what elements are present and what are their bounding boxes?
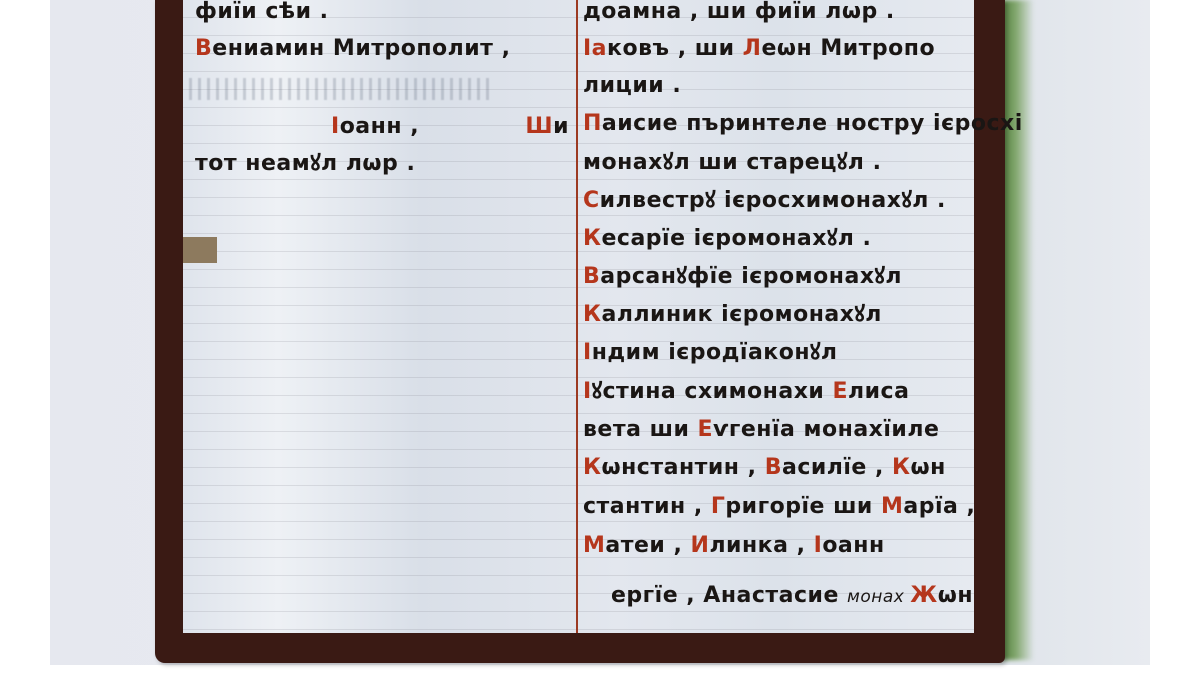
red-initial: К — [583, 455, 601, 480]
red-initial: В — [765, 455, 782, 480]
right-line-14: стантин , Григорїе ши Марїа , — [583, 496, 975, 518]
right-line-8: Варсанꙋфїе ієромонахꙋл — [583, 266, 902, 288]
line-text: ꙋстина схимонахи — [592, 379, 833, 404]
right-line-15: Матеи , Илинка , Іоанн — [583, 535, 885, 557]
red-initial: С — [583, 188, 600, 213]
line-text: ндим ієродїаконꙋл — [592, 340, 838, 365]
right-line-13: Кѡнстантин , Василїе , Кѡн — [583, 457, 946, 479]
line-text: аллиник ієромонахꙋл — [601, 302, 881, 327]
red-initial: В — [195, 36, 212, 61]
line-text: асилїе , — [782, 455, 892, 480]
line-text: монахꙋл ши старецꙋл . — [583, 150, 881, 175]
faded-line — [189, 78, 489, 100]
line-text: ѵгенїа монахїиле — [713, 417, 939, 442]
line-text: ригорїе ши — [725, 494, 881, 519]
painted-panel: фиїи сѣи . Вениамин Митрополит , Іоанн ,… — [183, 0, 974, 633]
line-text: лиса — [848, 379, 909, 404]
line-text: линка , — [709, 533, 813, 558]
line-text: вета ши — [583, 417, 698, 442]
line-text: оанн , — [340, 114, 419, 139]
green-background-edge — [1000, 0, 1034, 660]
red-initial: К — [892, 455, 910, 480]
right-line-11: Іꙋстина схимонахи Елиса — [583, 381, 909, 403]
right-line-6: Силвестрꙋ ієросхимонахꙋл . — [583, 190, 946, 212]
right-line-10: Індим ієродїаконꙋл — [583, 342, 838, 364]
right-line-16: ергїе , Анастасие монах Жѡн — [611, 585, 973, 607]
red-initial: Е — [698, 417, 714, 442]
right-line-9: Каллиник ієромонахꙋл — [583, 304, 882, 326]
right-line-2: Іаковъ , ши Леѡн Митропо — [583, 38, 935, 60]
red-initial: І — [814, 533, 823, 558]
line-text: ковъ , ши — [607, 36, 743, 61]
line-text: ѡнстантин , — [601, 455, 764, 480]
line-text: аисие пъринтеле ностру ієросхі — [602, 111, 1023, 136]
red-initial: Ш — [525, 114, 553, 139]
red-initial: Г — [711, 494, 726, 519]
column-divider — [576, 0, 578, 633]
left-line-1: фиїи сѣи . — [195, 1, 329, 23]
red-initial: І — [583, 379, 592, 404]
right-line-4: Паисие пъринтеле ностру ієросхі — [583, 113, 1023, 135]
line-text: доамна , ши фиїи лѡр . — [583, 0, 895, 24]
line-text: тот неамꙋл лѡр . — [195, 151, 415, 176]
red-initial: М — [583, 533, 605, 558]
line-text: фиїи сѣи . — [195, 0, 329, 24]
right-line-5: монахꙋл ши старецꙋл . — [583, 152, 881, 174]
red-initial: Л — [743, 36, 762, 61]
red-initial: П — [583, 111, 602, 136]
line-text: есарїе ієромонахꙋл . — [601, 226, 871, 251]
red-initial: К — [583, 302, 601, 327]
red-initial: І — [583, 340, 592, 365]
red-initial: И — [691, 533, 710, 558]
red-initial: Іа — [583, 36, 607, 61]
red-initial: Е — [832, 379, 848, 404]
left-line-5: тот неамꙋл лѡр . — [195, 153, 415, 175]
line-text: еѡн Митропо — [761, 36, 935, 61]
line-text: илвестрꙋ ієросхимонахꙋл . — [600, 188, 946, 213]
line-text: оанн — [822, 533, 884, 558]
right-line-1: доамна , ши фиїи лѡр . — [583, 1, 895, 23]
right-line-12: вета ши Еѵгенїа монахїиле — [583, 419, 939, 441]
left-line-2: Вениамин Митрополит , — [195, 38, 510, 60]
line-text-small: монах — [847, 587, 910, 607]
worn-patch — [183, 237, 217, 263]
line-text: лиции . — [583, 73, 681, 98]
red-initial: І — [331, 114, 340, 139]
red-initial: В — [583, 264, 600, 289]
line-text: арсанꙋфїе ієромонахꙋл — [600, 264, 902, 289]
line-text: ѡн — [938, 583, 973, 608]
red-initial: К — [583, 226, 601, 251]
line-text: и — [553, 114, 569, 139]
red-initial: Ж — [910, 583, 937, 608]
right-line-7: Кесарїе ієромонахꙋл . — [583, 228, 871, 250]
line-text: атеи , — [605, 533, 690, 558]
line-text: ергїе , Анастасие — [611, 583, 847, 608]
red-initial: М — [881, 494, 903, 519]
line-text: ениамин Митрополит , — [212, 36, 510, 61]
right-line-3: лиции . — [583, 75, 681, 97]
line-text: стантин , — [583, 494, 711, 519]
line-text: ѡн — [911, 455, 946, 480]
line-text: арїа , — [903, 494, 975, 519]
left-line-4: Іоанн , Ши — [331, 116, 569, 138]
